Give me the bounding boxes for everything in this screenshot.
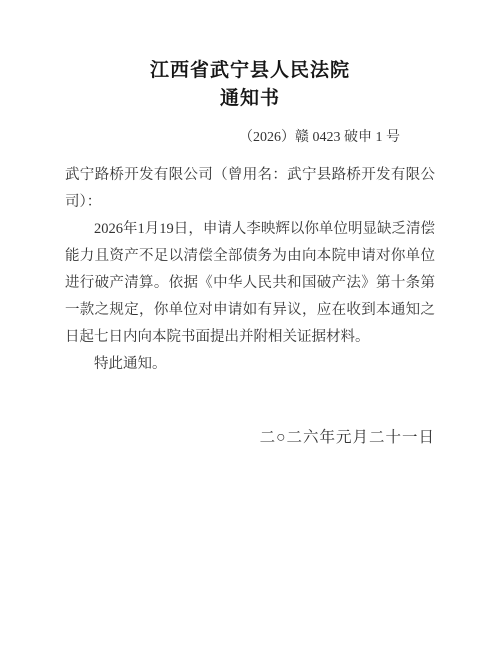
document-type-title: 通知书	[0, 85, 500, 113]
date-line: 二○二六年元月二十一日	[65, 424, 435, 451]
recipient-line: 武宁路桥开发有限公司（曾用名：武宁县路桥开发有限公司）：	[65, 162, 435, 216]
court-name-title: 江西省武宁县人民法院	[0, 57, 500, 85]
closing-line: 特此通知。	[65, 351, 435, 378]
document-page-background: { "document": { "court_name": "江西省武宁县人民法…	[0, 0, 500, 657]
court-notice-document: 江西省武宁县人民法院 通知书 （2026）赣 0423 破申 1 号 武宁路桥开…	[0, 0, 500, 657]
document-body: 武宁路桥开发有限公司（曾用名：武宁县路桥开发有限公司）： 2026年1月19日，…	[65, 162, 435, 451]
case-number: （2026）赣 0423 破申 1 号	[0, 129, 500, 147]
document-header: 江西省武宁县人民法院 通知书	[0, 0, 500, 113]
body-paragraph: 2026年1月19日，申请人李映辉以你单位明显缺乏清偿能力且资产不足以清偿全部债…	[65, 216, 435, 351]
